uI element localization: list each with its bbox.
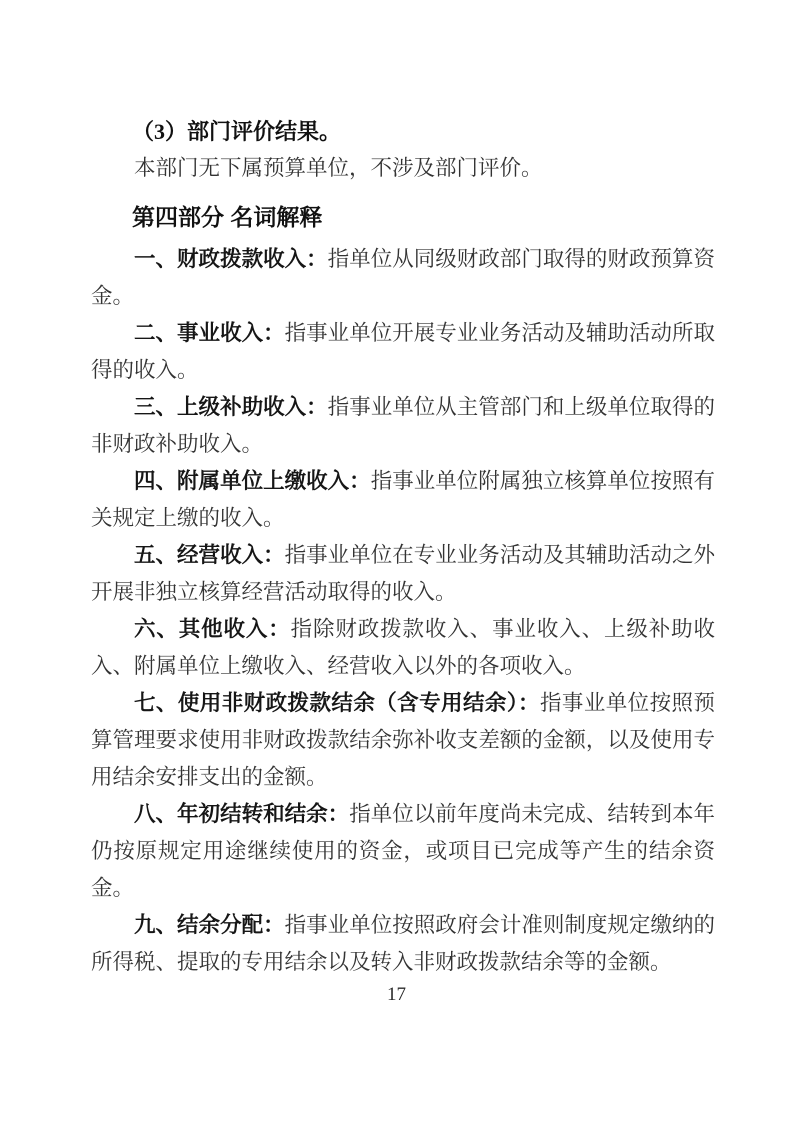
term-lead-6: 六、其他收入：	[134, 617, 291, 641]
document-body: （3）部门评价结果。 本部门无下属预算单位，不涉及部门评价。 第四部分 名词解释…	[91, 113, 715, 981]
page-number: 17	[0, 983, 793, 1007]
term-lead-4: 四、附属单位上缴收入：	[134, 469, 371, 493]
term-item-4: 四、附属单位上缴收入：指事业单位附属独立核算单位按照有关规定上缴的收入。	[91, 463, 715, 537]
sub-heading: （3）部门评价结果。	[91, 113, 715, 150]
term-item-5: 五、经营收入：指事业单位在专业业务活动及其辅助活动之外开展非独立核算经营活动取得…	[91, 537, 715, 611]
term-item-9: 九、结余分配：指事业单位按照政府会计准则制度规定缴纳的所得税、提取的专用结余以及…	[91, 907, 715, 981]
document-page: （3）部门评价结果。 本部门无下属预算单位，不涉及部门评价。 第四部分 名词解释…	[0, 0, 793, 1122]
term-lead-8: 八、年初结转和结余：	[134, 802, 349, 826]
term-item-3: 三、上级补助收入：指事业单位从主管部门和上级单位取得的非财政补助收入。	[91, 389, 715, 463]
term-lead-5: 五、经营收入：	[134, 543, 285, 567]
term-item-2: 二、事业收入：指事业单位开展专业业务活动及辅助活动所取得的收入。	[91, 315, 715, 389]
term-item-6: 六、其他收入：指除财政拨款收入、事业收入、上级补助收入、附属单位上缴收入、经营收…	[91, 611, 715, 685]
section-heading: 第四部分 名词解释	[91, 199, 715, 236]
term-lead-9: 九、结余分配：	[134, 913, 285, 937]
term-item-8: 八、年初结转和结余：指单位以前年度尚未完成、结转到本年仍按原规定用途继续使用的资…	[91, 796, 715, 907]
intro-paragraph: 本部门无下属预算单位，不涉及部门评价。	[91, 150, 715, 187]
term-lead-2: 二、事业收入：	[134, 321, 285, 345]
term-item-7: 七、使用非财政拨款结余（含专用结余）：指事业单位按照预算管理要求使用非财政拨款结…	[91, 685, 715, 796]
term-item-1: 一、财政拨款收入：指单位从同级财政部门取得的财政预算资金。	[91, 241, 715, 315]
term-lead-1: 一、财政拨款收入：	[134, 247, 328, 271]
term-lead-7: 七、使用非财政拨款结余（含专用结余）：	[134, 691, 540, 715]
term-lead-3: 三、上级补助收入：	[134, 395, 328, 419]
